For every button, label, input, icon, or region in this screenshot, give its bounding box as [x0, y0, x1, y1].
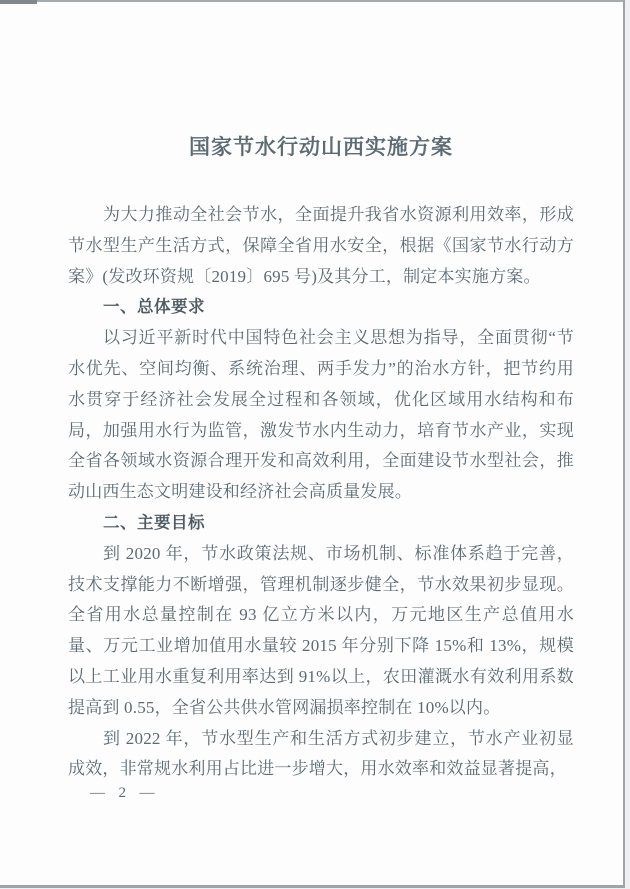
document-content: 国家节水行动山西实施方案 为大力推动全社会节水，全面提升我省水资源利用效率，形成… [68, 2, 574, 785]
section-heading-main-goals: 二、主要目标 [68, 508, 574, 539]
scanned-document-page: 国家节水行动山西实施方案 为大力推动全社会节水，全面提升我省水资源利用效率，形成… [0, 0, 625, 888]
paragraph-goals-2022: 到 2022 年，节水型生产和生活方式初步建立，节水产业初显成效，非常规水利用占… [68, 724, 574, 786]
paragraph-overall-requirements: 以习近平新时代中国特色社会主义思想为指导，全面贯彻“节水优先、空间均衡、系统治理… [68, 323, 574, 508]
section-heading-overall-requirements: 一、总体要求 [68, 292, 574, 323]
paragraph-intro: 为大力推动全社会节水，全面提升我省水资源利用效率，形成节水型生产生活方式，保障全… [68, 200, 574, 292]
document-title: 国家节水行动山西实施方案 [68, 135, 574, 159]
scan-edge-artifact [0, 0, 37, 4]
paragraph-goals-2020: 到 2020 年，节水政策法规、市场机制、标准体系趋于完善，技术支撑能力不断增强… [68, 539, 574, 724]
page-number: — 2 — [90, 783, 157, 803]
